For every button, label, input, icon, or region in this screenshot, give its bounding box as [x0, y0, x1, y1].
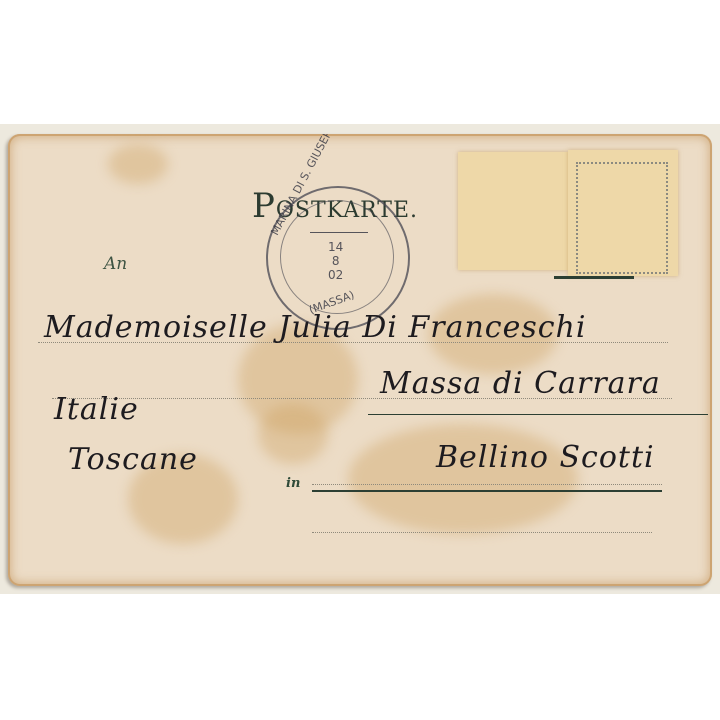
- postmark: MARINA DI S. GIUSEPPE (MASSA) 14 8 02: [266, 186, 410, 330]
- postmark-month: 8: [328, 254, 343, 268]
- postmark-date: 14 8 02: [328, 240, 343, 282]
- handwritten-street: Bellino Scotti: [436, 440, 655, 475]
- handwritten-recipient: Mademoiselle Julia Di Franceschi: [44, 310, 586, 345]
- left-stamp-remnant: [458, 152, 568, 270]
- postcard: POSTKARTE. MARINA DI S. GIUSEPPE (MASSA)…: [8, 134, 712, 586]
- stamp-perforation: [576, 162, 668, 274]
- handwritten-underline: [368, 414, 708, 415]
- postmark-bar: [310, 232, 368, 233]
- title-initial: P: [252, 186, 276, 226]
- location-prefix: in: [286, 476, 300, 491]
- postmark-year: 02: [328, 268, 343, 282]
- handwritten-region: Toscane: [68, 442, 198, 477]
- handwritten-country: Italie: [54, 392, 139, 427]
- address-rule: [312, 490, 662, 492]
- address-prefix: An: [104, 254, 127, 274]
- stamp-underline: [554, 276, 634, 279]
- postmark-day: 14: [328, 240, 343, 254]
- stain: [258, 404, 328, 464]
- handwritten-city: Massa di Carrara: [380, 366, 661, 401]
- right-stamp-remnant: [568, 150, 678, 276]
- address-line-3: [312, 484, 662, 485]
- address-line-4: [312, 532, 652, 533]
- stain: [108, 144, 168, 184]
